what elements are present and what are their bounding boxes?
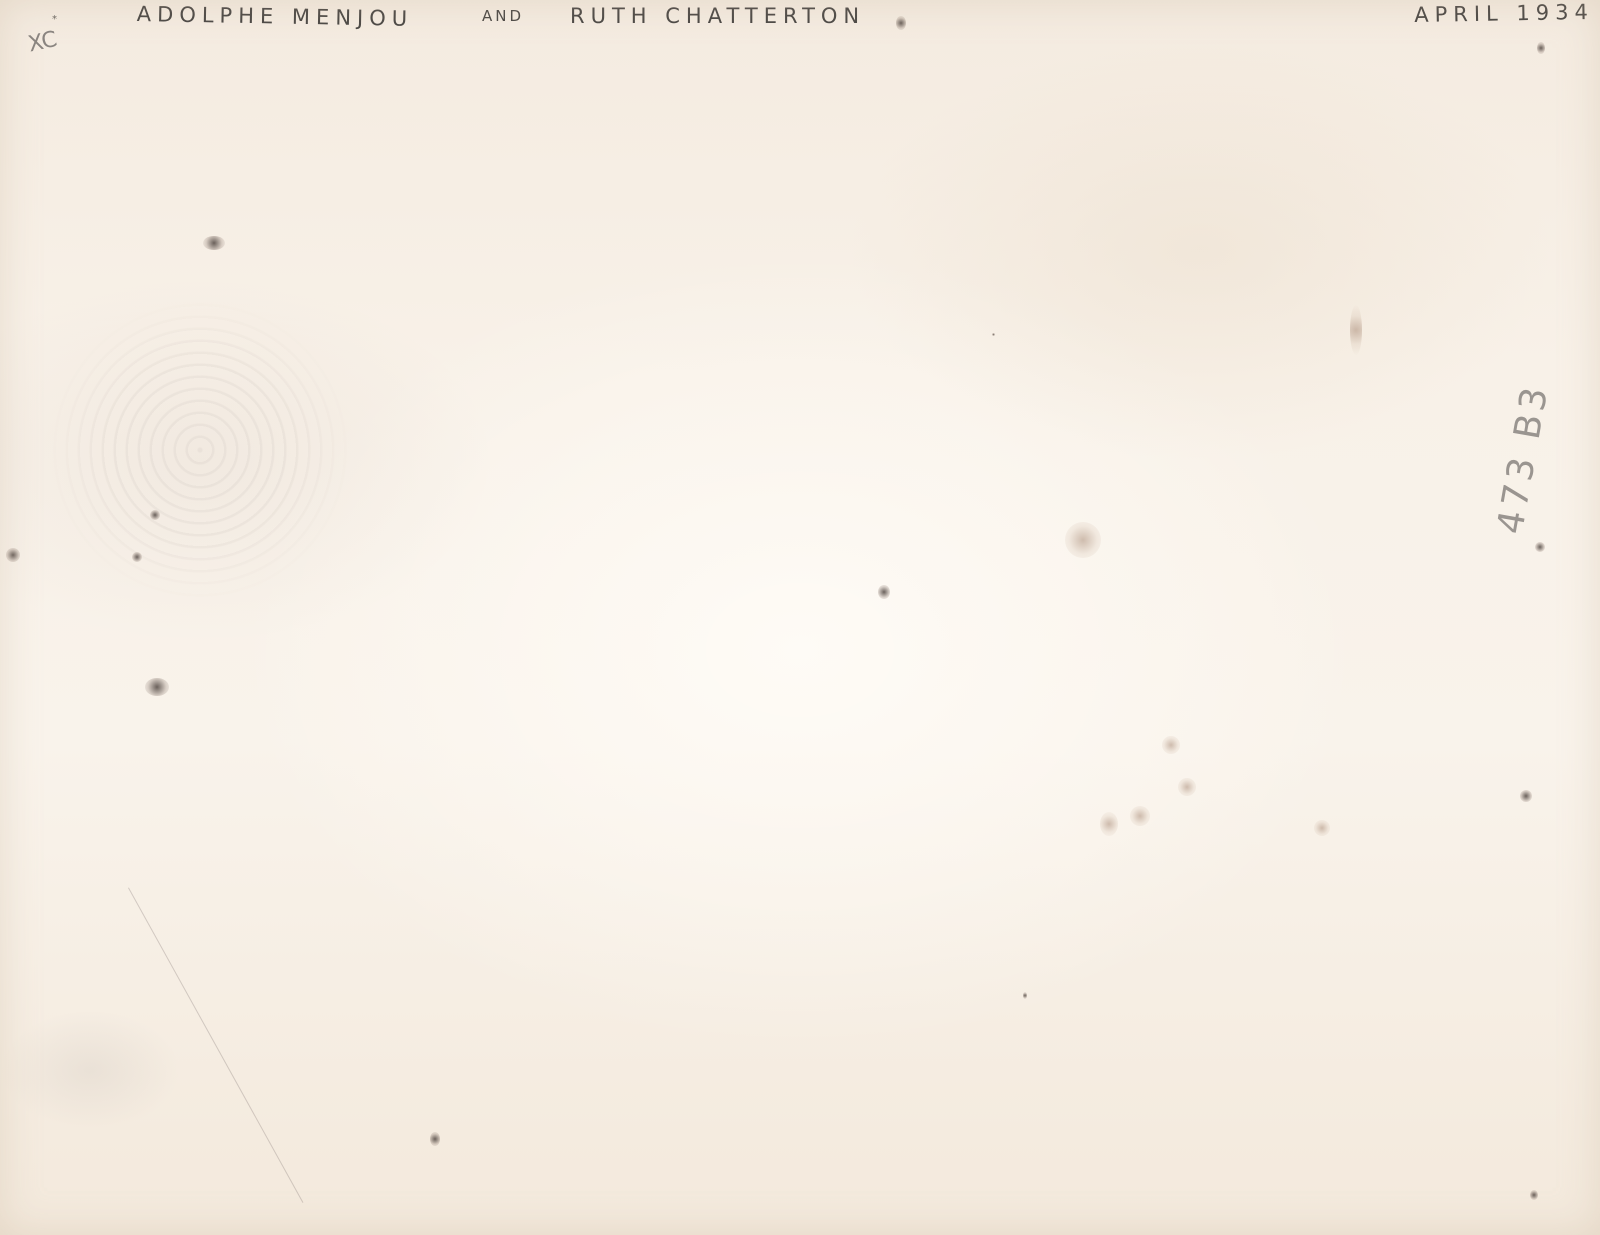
ink-spot [1520,790,1532,802]
ink-spot [430,1132,440,1146]
ink-spot [1530,1190,1538,1200]
foxing-spot [1130,806,1150,826]
corner-star-mark: * [52,14,57,25]
caption-name-second: RUTH CHATTERTON [570,4,865,28]
foxing-spot [1314,820,1330,836]
ink-spot [992,333,995,336]
caption-name-first: ADOLPHE MENJOU [137,2,414,31]
date-annotation: APRIL 1934 [1414,0,1594,27]
ink-spot [1537,42,1545,54]
corner-initials: XC [26,27,59,57]
swirl-stain [40,300,360,600]
paper-smudge [0,1010,180,1130]
ink-spot [896,16,906,30]
ink-spot [203,236,225,250]
foxing-spot [1162,736,1180,754]
foxing-spot [1065,522,1101,558]
ink-spot [1535,542,1545,552]
edge-shading [0,0,1600,1235]
ink-spot [145,678,169,696]
ink-spot [1023,992,1027,999]
photo-back-paper: * XC ADOLPHE MENJOU AND RUTH CHATTERTON … [0,0,1600,1235]
foxing-spot [1350,305,1362,355]
ink-spot [6,548,20,562]
caption-conjunction: AND [482,7,524,25]
reference-number: 473 B3 [1490,381,1557,538]
ink-spot [878,585,890,599]
ink-spot [132,552,142,562]
ink-spot [150,510,160,520]
foxing-spot [1178,778,1196,796]
foxing-spot [1100,812,1118,836]
